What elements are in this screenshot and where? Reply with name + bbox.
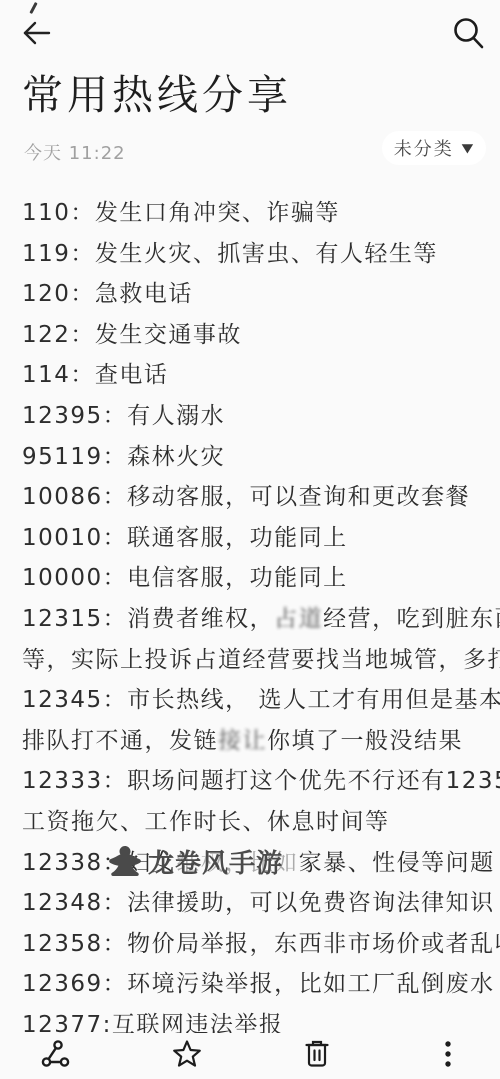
note-text-segment: 120：急救电话 (22, 281, 193, 307)
note-text-segment: 12395：有人溺水 (22, 403, 225, 429)
note-text-segment: 家暴、性侵等问题 (299, 850, 495, 876)
note-text-segment: 114：查电话 (22, 362, 168, 388)
note-text-segment: 12369：环境污染举报，比如工厂乱倒废水 (22, 971, 495, 997)
note-text-segment: 10010：联通客服，功能同上 (22, 525, 348, 551)
note-line: 12369：环境污染举报，比如工厂乱倒废水 (0, 964, 500, 1005)
note-text-segment: 接让 (218, 728, 267, 754)
bottom-toolbar (0, 1033, 500, 1079)
note-text-segment: 12358：物价局举报，东西非市场价或者乱收费 (22, 931, 500, 957)
more-dots-icon (432, 1038, 464, 1070)
category-selector[interactable]: 未分类 ▼ (382, 131, 486, 165)
note-text-segment: 维权，比如 (176, 850, 299, 876)
back-button[interactable] (18, 16, 54, 52)
note-text-segment: 122：发生交通事故 (22, 322, 242, 348)
note-line: 12395：有人溺水 (0, 396, 500, 437)
arrow-left-icon (18, 16, 54, 52)
note-text-segment: 排队打不通，发链 (22, 728, 218, 754)
status-bar-remnant (29, 2, 37, 14)
note-text-segment: 119：发生火灾、抓害虫、有人轻生等 (22, 241, 438, 267)
note-text-segment: 占道 (274, 606, 323, 632)
note-line: 等，实际上投诉占道经营要找当地城管，多打 (0, 640, 500, 681)
note-line: 10086：移动客服，可以查询和更改套餐 (0, 477, 500, 518)
note-text-segment: 12348：法律援助，可以免费咨询法律知识 (22, 890, 495, 916)
note-date: 今天 11:22 (24, 139, 126, 165)
note-text-segment: 经营，吃到脏东西 (323, 606, 500, 632)
note-line: 114：查电话 (0, 355, 500, 396)
note-line: 110：发生口角冲突、诈骗等 (0, 193, 500, 234)
more-options-button[interactable] (432, 1038, 464, 1070)
note-text-segment: 12333：职场问题打这个优先不行还有12351，如 (22, 768, 500, 794)
note-text-segment: 工资拖欠、工作时长、休息时间等 (22, 809, 390, 835)
note-body[interactable]: 110：发生口角冲突、诈骗等119：发生火灾、抓害虫、有人轻生等120：急救电话… (0, 193, 500, 1038)
share-button[interactable] (40, 1038, 72, 1070)
note-text-segment: 等，实际上投诉占道经营要找当地城管，多打 (22, 647, 500, 673)
note-meta-row: 今天 11:22 未分类 ▼ (0, 131, 500, 167)
delete-button[interactable] (301, 1038, 333, 1070)
note-line: 12315：消费者维权，占道经营，吃到脏东西 (0, 599, 500, 640)
search-icon (448, 14, 490, 58)
note-line: 10000：电信客服，功能同上 (0, 558, 500, 599)
note-text-segment: 你填了一般没结果 (267, 728, 463, 754)
star-icon (171, 1038, 203, 1070)
note-line: 10010：联通客服，功能同上 (0, 518, 500, 559)
note-line: 95119：森林火灾 (0, 437, 500, 478)
search-button[interactable] (448, 14, 490, 58)
chevron-down-icon: ▼ (461, 141, 475, 155)
note-text-segment: 12345：市长热线， 选人工才有用但是基本上要 (22, 687, 500, 713)
note-line: 120：急救电话 (0, 274, 500, 315)
note-line: 排队打不通，发链接让你填了一般没结果 (0, 721, 500, 762)
note-text-segment: 10000：电信客服，功能同上 (22, 565, 348, 591)
favorite-button[interactable] (171, 1038, 203, 1070)
note-text-segment: 12315：消费者维权， (22, 606, 274, 632)
trash-icon (301, 1038, 333, 1070)
note-text-segment: 10086：移动客服，可以查询和更改套餐 (22, 484, 470, 510)
note-text-segment: 12338：妇女 (22, 850, 176, 876)
note-line: 12348：法律援助，可以免费咨询法律知识 (0, 883, 500, 924)
note-line: 12333：职场问题打这个优先不行还有12351，如 (0, 761, 500, 802)
note-text-segment: 110：发生口角冲突、诈骗等 (22, 200, 340, 226)
note-line: 122：发生交通事故 (0, 315, 500, 356)
note-line: 12338：妇女维权，比如家暴、性侵等问题 (0, 843, 500, 884)
notes-app-screen: 常用热线分享 今天 11:22 未分类 ▼ 110：发生口角冲突、诈骗等119：… (0, 0, 500, 1079)
note-line: 工资拖欠、工作时长、休息时间等 (0, 802, 500, 843)
note-title: 常用热线分享 (22, 62, 482, 121)
category-label: 未分类 (394, 135, 454, 161)
share-icon (40, 1038, 72, 1070)
note-text-segment: 95119：森林火灾 (22, 444, 225, 470)
note-line: 12345：市长热线， 选人工才有用但是基本上要 (0, 680, 500, 721)
note-line: 119：发生火灾、抓害虫、有人轻生等 (0, 234, 500, 275)
note-line: 12358：物价局举报，东西非市场价或者乱收费 (0, 924, 500, 965)
